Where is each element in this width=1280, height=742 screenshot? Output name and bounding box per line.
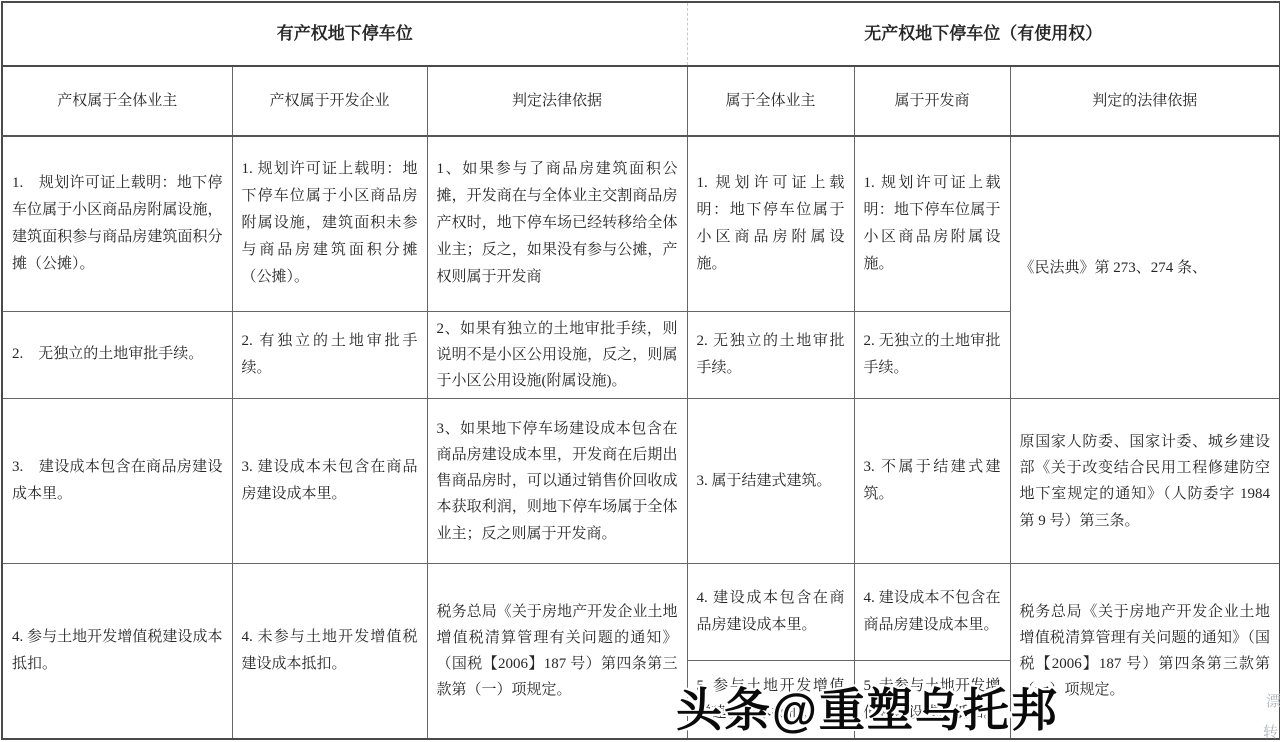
cell-r3-owners-right: 3. 属于结建式建筑。 <box>687 399 854 564</box>
cell-r1-owners-right: 1. 规划许可证上载明：地下停车位属于小区商品房附属设施。 <box>687 136 854 311</box>
cell-r1r2-legal-right: 《民法典》第 273、274 条、 <box>1010 136 1280 399</box>
cell-r1-owners-left: 1. 规划许可证上载明：地下停车位属于小区商品房附属设施，建筑面积参与商品房建筑… <box>2 136 232 311</box>
table-row: 3. 建设成本包含在商品房建设成本里。 3. 建设成本未包含在商品房建设成本里。… <box>2 399 1280 564</box>
cell-r2-developer-right: 2. 无独立的土地审批手续。 <box>854 311 1010 399</box>
table-row: 1. 规划许可证上载明：地下停车位属于小区商品房附属设施，建筑面积参与商品房建筑… <box>2 136 1280 311</box>
column-header-row: 产权属于全体业主 产权属于开发企业 判定法律依据 属于全体业主 属于开发商 判定… <box>2 66 1280 136</box>
cell-r2-developer-left: 2. 有独立的土地审批手续。 <box>232 311 427 399</box>
cell-r5-developer-right: 5. 未参与土地开发增值税建设成本抵扣。 <box>854 661 1010 739</box>
cell-r4-legal-left: 税务总局《关于房地产开发企业土地增值税清算管理有关问题的通知》（国税【2006】… <box>427 564 687 739</box>
table-row: 4. 参与土地开发增值税建设成本抵扣。 4. 未参与土地开发增值税建设成本抵扣。… <box>2 564 1280 661</box>
cell-r1-developer-left: 1. 规划许可证上载明：地下停车位属于小区商品房附属设施，建筑面积未参与商品房建… <box>232 136 427 311</box>
cell-r3-owners-left: 3. 建设成本包含在商品房建设成本里。 <box>2 399 232 564</box>
col-header-developer-right: 属于开发商 <box>854 66 1010 136</box>
cell-r2-owners-left: 2. 无独立的土地审批手续。 <box>2 311 232 399</box>
cell-r4-developer-left: 4. 未参与土地开发增值税建设成本抵扣。 <box>232 564 427 739</box>
col-header-legal-basis-left: 判定法律依据 <box>427 66 687 136</box>
cell-r2-legal-left: 2、如果有独立的土地审批手续，则说明不是小区公用设施，反之，则属于小区公用设施(… <box>427 311 687 399</box>
cell-r1-legal-left: 1、如果参与了商品房建筑面积公摊，开发商在与全体业主交割商品房产权时，地下停车场… <box>427 136 687 311</box>
group-header-without-rights: 无产权地下停车位（有使用权） <box>687 2 1280 66</box>
cell-r4-developer-right: 4. 建设成本不包含在商品房建设成本里。 <box>854 564 1010 661</box>
group-header-with-rights: 有产权地下停车位 <box>2 2 687 66</box>
cell-r1-developer-right: 1. 规划许可证上载明：地下停车位属于小区商品房附属设施。 <box>854 136 1010 311</box>
cell-r4-owners-right: 4. 建设成本包含在商品房建设成本里。 <box>687 564 854 661</box>
cell-r4-owners-left: 4. 参与土地开发增值税建设成本抵扣。 <box>2 564 232 739</box>
cell-r2-owners-right: 2. 无独立的土地审批手续。 <box>687 311 854 399</box>
col-header-owners-left: 产权属于全体业主 <box>2 66 232 136</box>
cell-r3-developer-right: 3. 不属于结建式建筑。 <box>854 399 1010 564</box>
group-header-row: 有产权地下停车位 无产权地下停车位（有使用权） <box>2 2 1280 66</box>
cell-r4r5-legal-right: 税务总局《关于房地产开发企业土地增值税清算管理有关问题的通知》（国税【2006】… <box>1010 564 1280 739</box>
cell-r3-legal-right: 原国家人防委、国家计委、城乡建设部《关于改变结合民用工程修建防空地下室规定的通知… <box>1010 399 1280 564</box>
parking-rights-table: 有产权地下停车位 无产权地下停车位（有使用权） 产权属于全体业主 产权属于开发企… <box>1 1 1280 740</box>
col-header-legal-basis-right: 判定的法律依据 <box>1010 66 1280 136</box>
cell-r3-developer-left: 3. 建设成本未包含在商品房建设成本里。 <box>232 399 427 564</box>
cell-r5-owners-right: 5. 参与土地开发增值税建设成本抵扣。 <box>687 661 854 739</box>
col-header-owners-right: 属于全体业主 <box>687 66 854 136</box>
cell-r3-legal-left: 3、如果地下停车场建设成本包含在商品房建设成本里，开发商在后期出售商品房时，可以… <box>427 399 687 564</box>
col-header-developer-left: 产权属于开发企业 <box>232 66 427 136</box>
